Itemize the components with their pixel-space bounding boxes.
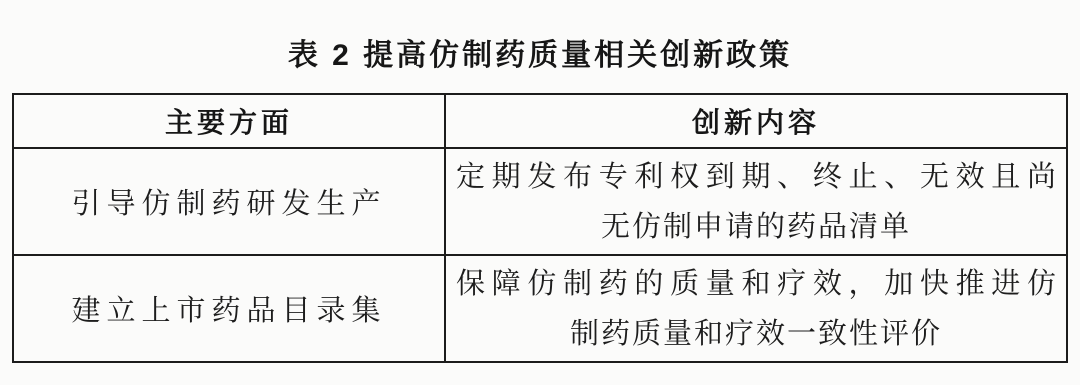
content-line: 定期发布专利权到期、终止、无效且尚 (456, 152, 1056, 202)
cell-content: 保障仿制药的质量和疗效，加快推进仿 制药质量和疗效一致性评价 (445, 255, 1067, 362)
header-cell-main-aspect: 主要方面 (13, 94, 445, 148)
cell-aspect: 引导仿制药研发生产 (13, 148, 445, 255)
cell-content: 定期发布专利权到期、终止、无效且尚 无仿制申请的药品清单 (445, 148, 1067, 255)
policy-table: 主要方面 创新内容 引导仿制药研发生产 定期发布专利权到期、终止、无效且尚 无仿… (12, 93, 1068, 363)
table-title: 表 2 提高仿制药质量相关创新政策 (0, 30, 1080, 74)
header-row: 主要方面 创新内容 (13, 94, 1067, 148)
content-line: 制药质量和疗效一致性评价 (456, 309, 1056, 359)
content-line: 保障仿制药的质量和疗效，加快推进仿 (456, 259, 1056, 309)
table-row: 引导仿制药研发生产 定期发布专利权到期、终止、无效且尚 无仿制申请的药品清单 (13, 148, 1067, 255)
table-row: 建立上市药品目录集 保障仿制药的质量和疗效，加快推进仿 制药质量和疗效一致性评价 (13, 255, 1067, 362)
header-cell-innovation-content: 创新内容 (445, 94, 1067, 148)
cell-aspect: 建立上市药品目录集 (13, 255, 445, 362)
content-line: 无仿制申请的药品清单 (456, 202, 1056, 252)
